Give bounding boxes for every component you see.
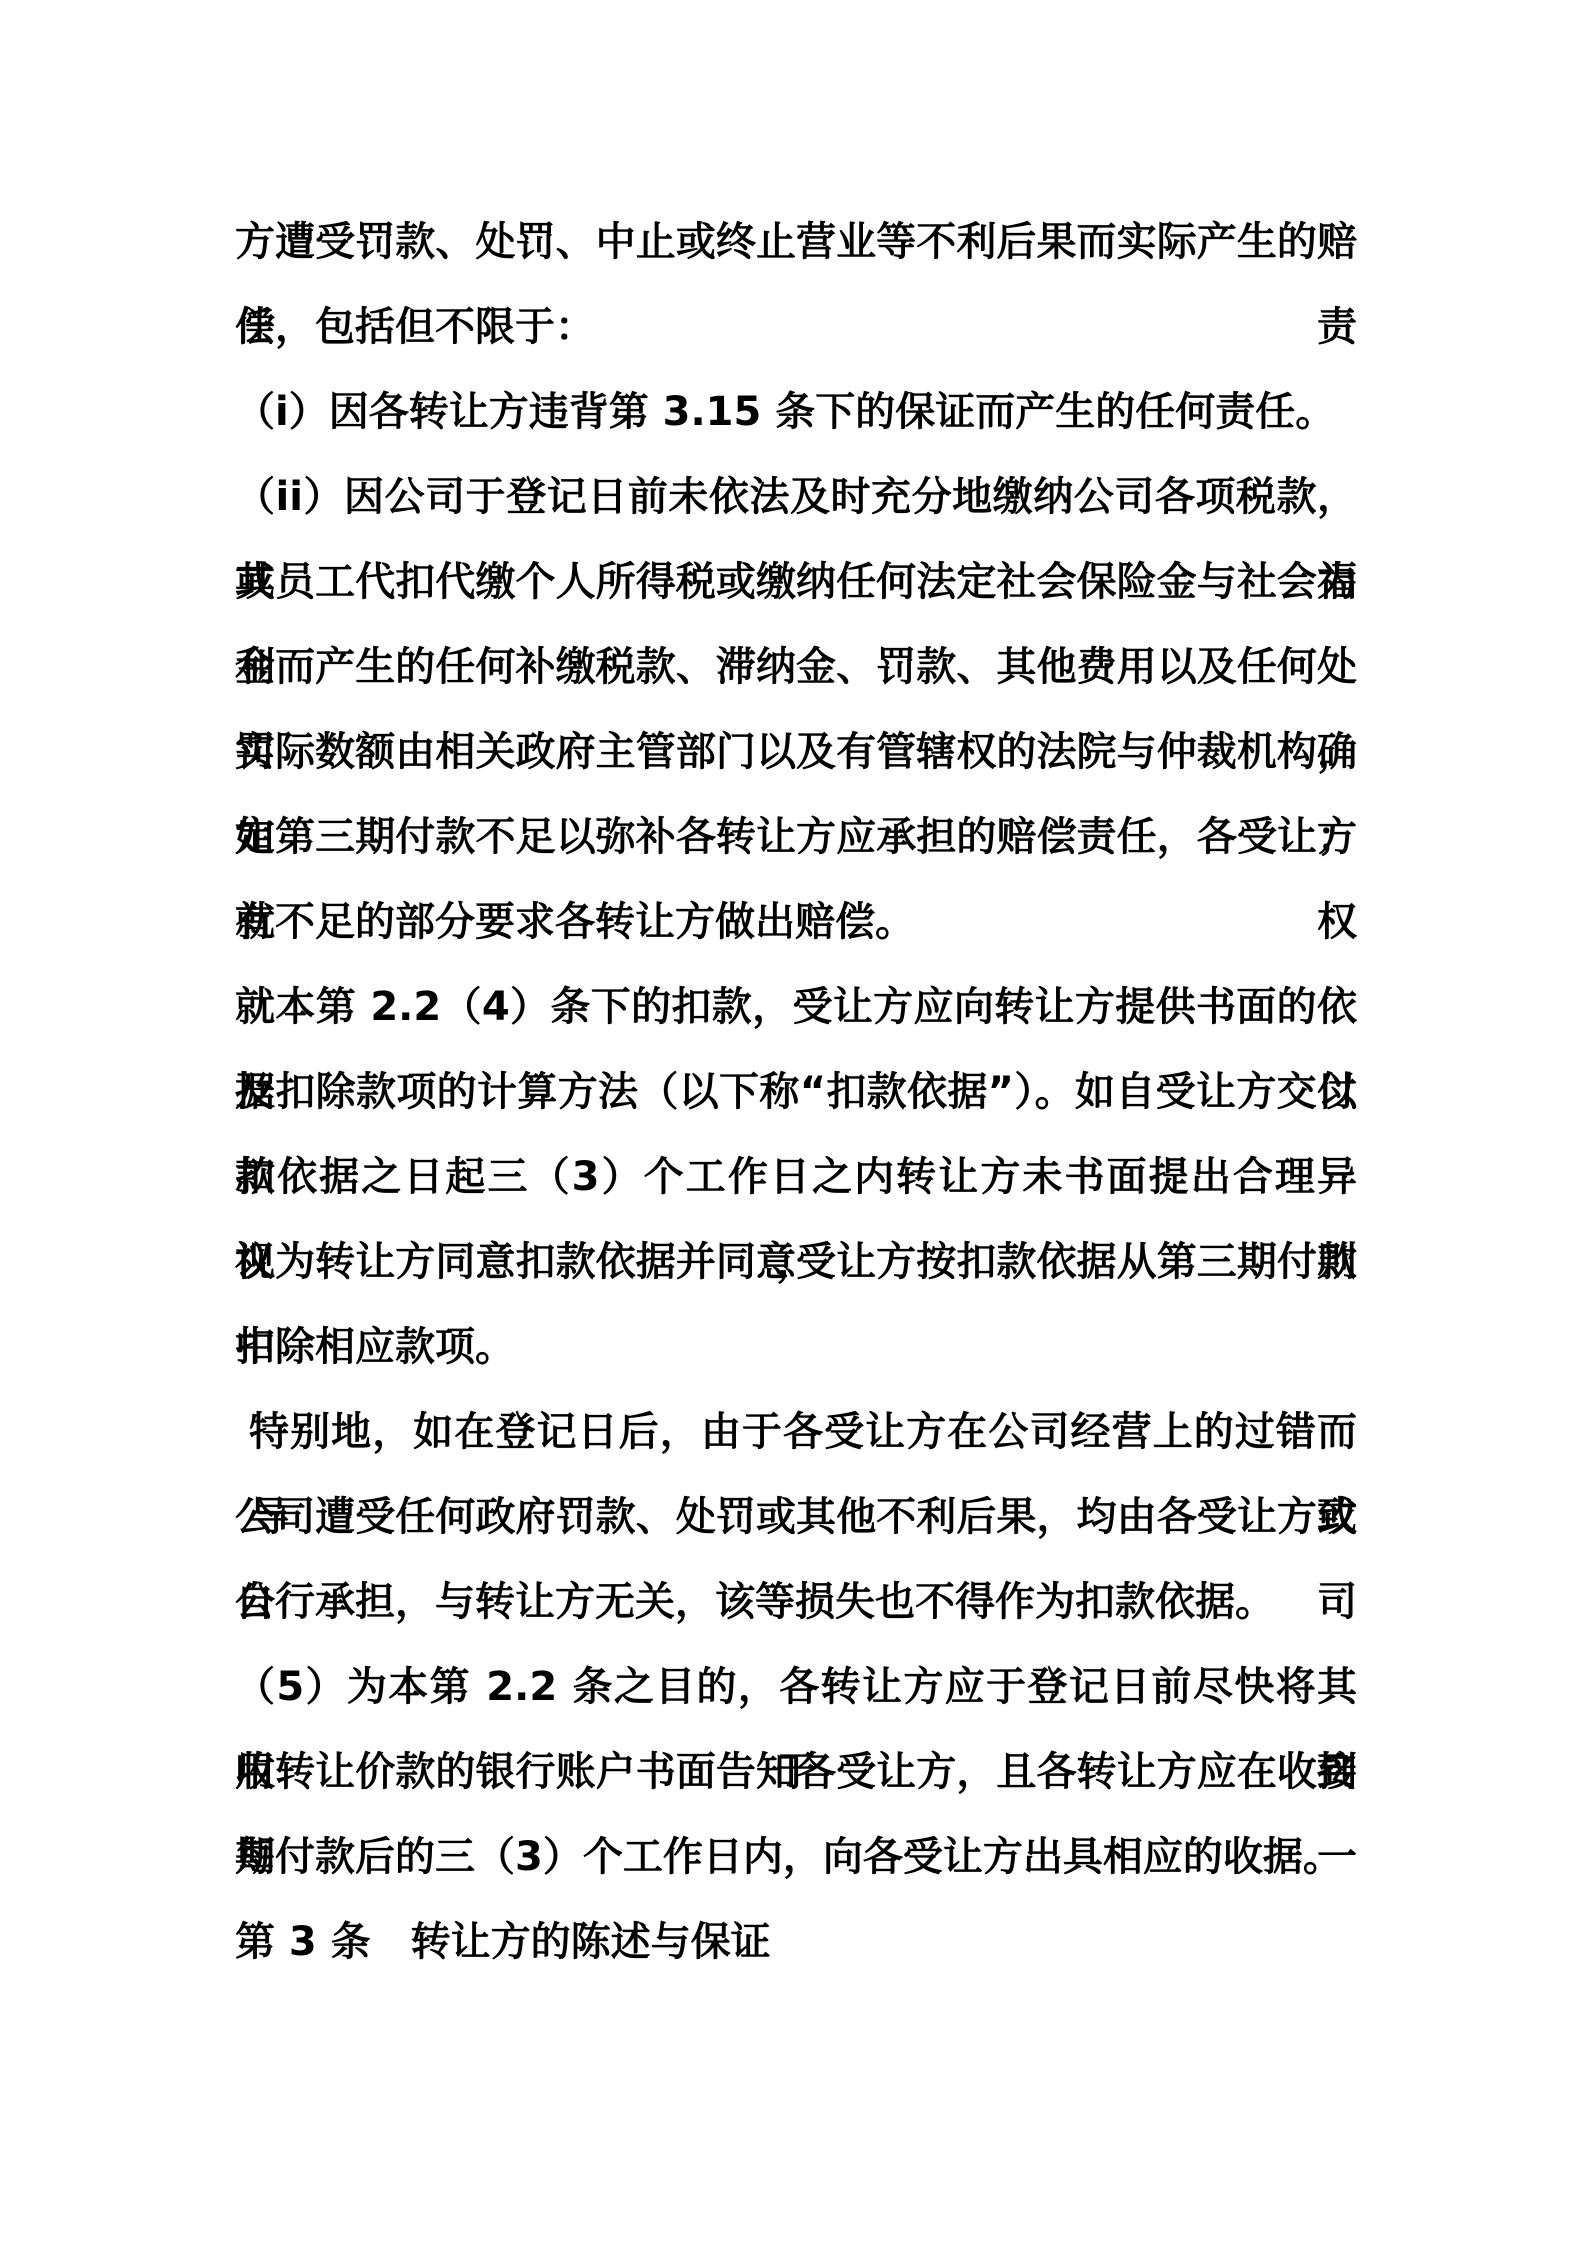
- text-line: 自行承担，与转让方无关，该等损失也不得作为扣款依据。: [235, 1560, 1357, 1645]
- text-line: 实际数额由相关政府主管部门以及有管辖权的法院与仲裁机构确定；: [235, 710, 1357, 795]
- text-line: （i）因各转让方违背第 3.15 条下的保证而产生的任何责任。: [235, 370, 1357, 455]
- text-line: 款依据之日起三（3）个工作日之内转让方未书面提出合理异议，则: [235, 1135, 1357, 1220]
- text-line: 就本第 2.2（4）条下的扣款，受让方应向转让方提供书面的依据以: [235, 965, 1357, 1050]
- text-line: 及扣除款项的计算方法（以下称“扣款依据”）。如自受让方交付扣: [235, 1050, 1357, 1135]
- text-line: 收转让价款的银行账户书面告知各受让方，且各转让方应在收到每一: [235, 1730, 1357, 1815]
- text-line: 其员工代扣代缴个人所得税或缴纳任何法定社会保险金与社会福利: [235, 540, 1357, 625]
- text-line: 视为转让方同意扣款依据并同意受让方按扣款依据从第三期付款中: [235, 1220, 1357, 1305]
- text-line: （5）为本第 2.2 条之目的，各转让方应于登记日前尽快将其用于接: [235, 1645, 1357, 1730]
- text-line: 如第三期付款不足以弥补各转让方应承担的赔偿责任，各受让方有权: [235, 795, 1357, 880]
- text-line: 公司遭受任何政府罚款、处罚或其他不利后果，均由各受让方或公司: [235, 1475, 1357, 1560]
- document-page: 方遭受罚款、处罚、中止或终止营业等不利后果而实际产生的赔偿责 任，包括但不限于：…: [0, 0, 1587, 2245]
- text-line: 期付款后的三（3）个工作日内，向各受让方出具相应的收据。: [235, 1815, 1357, 1900]
- text-line: 特别地，如在登记日后，由于各受让方在公司经营上的过错而导致: [235, 1390, 1357, 1475]
- text-line: 金而产生的任何补缴税款、滞纳金、罚款、其他费用以及任何处罚，: [235, 625, 1357, 710]
- text-line: 方遭受罚款、处罚、中止或终止营业等不利后果而实际产生的赔偿责: [235, 200, 1357, 285]
- text-line: 扣除相应款项。: [235, 1305, 1357, 1390]
- text-line: （ii）因公司于登记日前未依法及时充分地缴纳公司各项税款，或为: [235, 455, 1357, 540]
- section-heading: 第 3 条 转让方的陈述与保证: [235, 1900, 1357, 1985]
